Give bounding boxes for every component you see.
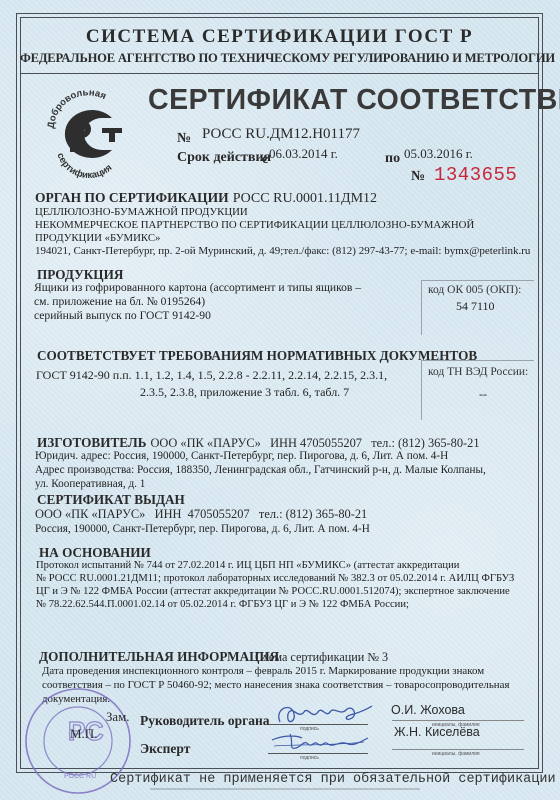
conformity-line: ГОСТ 9142-90 п.п. 1.1, 1.2, 1.4, 1.5, 2.… <box>36 368 387 383</box>
manufacturer-address-line: Юридич. адрес: Россия, 190000, Санкт-Пет… <box>35 450 448 462</box>
additional-info-line: Дата проведения инспекционного контроля … <box>42 665 484 677</box>
system-title: СИСТЕМА СЕРТИФИКАЦИИ ГОСТ Р <box>20 26 539 48</box>
certificate-title: СЕРТИФИКАТ СООТВЕТСТВИЯ <box>148 84 560 117</box>
certification-body-line: ПРОДУКЦИИ «БУМИКС» <box>35 232 160 244</box>
registration-number-label: № <box>177 131 191 147</box>
expert-name-line <box>392 749 524 750</box>
head-of-body-label: Руководитель органа <box>140 713 270 729</box>
manufacturer-details: ООО «ПК «ПАРУС» ИНН 4705055207 тел.: (81… <box>150 436 479 450</box>
product-line: см. приложение на бл. № 0195264) <box>34 295 205 308</box>
tnved-code-box: код ТН ВЭД России: -- <box>421 360 534 420</box>
handwritten-signatures-icon <box>268 700 378 760</box>
conformity-title: СООТВЕТСТВУЕТ ТРЕБОВАНИЯМ НОРМАТИВНЫХ ДО… <box>37 348 477 364</box>
registration-number: РОСС RU.ДМ12.Н01177 <box>202 126 360 143</box>
validity-label: Срок действия <box>177 150 271 166</box>
valid-from-date: 06.03.2014 г. <box>269 146 338 162</box>
basis-line: № 78.22.62.544.П.0001.02.14 от 05.02.201… <box>36 599 409 610</box>
agency-name: ФЕДЕРАЛЬНОЕ АГЕНТСТВО ПО ТЕХНИЧЕСКОМУ РЕ… <box>20 51 539 66</box>
tnved-code-label: код ТН ВЭД России: <box>428 366 528 378</box>
basis-line: № РОСС RU.0001.21ДМ11; протокол лаборато… <box>36 573 514 584</box>
certification-body-line: ЦЕЛЛЮЛОЗНО-БУМАЖНОЙ ПРОДУКЦИИ <box>35 206 248 218</box>
serial-number: 1343655 <box>434 164 517 186</box>
additional-info-title: ДОПОЛНИТЕЛЬНАЯ ИНФОРМАЦИЯ <box>39 649 279 665</box>
expert-name: Ж.Н. Киселёва <box>394 725 480 739</box>
basis-line: ЦГ и Э № 122 ФМБА России (аттестат аккре… <box>36 586 510 597</box>
product-line: Ящики из гофрированного картона (ассорти… <box>34 281 361 294</box>
issued-to-title: СЕРТИФИКАТ ВЫДАН <box>37 492 185 508</box>
valid-to-label: по <box>385 151 400 167</box>
svg-text:РОСС RU: РОСС RU <box>64 773 96 780</box>
manufacturer-address-line: ул. Кооперативная, д. 1 <box>35 478 145 490</box>
basis-title: НА ОСНОВАНИИ <box>39 545 151 561</box>
printer-imprint-microtext <box>150 788 420 790</box>
manufacturer-title: ИЗГОТОВИТЕЛЬ <box>37 435 146 450</box>
product-line: серийный выпуск по ГОСТ 9142-90 <box>34 309 211 322</box>
head-name: О.И. Жохова <box>391 703 465 717</box>
deputy-prefix: Зам. <box>106 710 129 725</box>
head-name-line <box>392 720 524 721</box>
certification-body-line: НЕКОММЕРЧЕСКОЕ ПАРТНЕРСТВО ПО СЕРТИФИКАЦ… <box>35 219 474 231</box>
okp-code-value: 54 7110 <box>456 299 495 314</box>
okp-code-label: код ОК 005 (ОКП): <box>428 284 521 296</box>
rst-logo-icon: Добровольная сертификация <box>40 86 135 181</box>
conformity-line: 2.3.5, 2.3.8, приложение 3 табл. 6, табл… <box>140 385 349 400</box>
okp-code-box: код ОК 005 (ОКП): 54 7110 <box>421 280 534 335</box>
manufacturer-address-line: Адрес производства: Россия, 188350, Лени… <box>35 464 486 476</box>
valid-from-prefix: с <box>262 152 268 168</box>
certification-body-heading: ОРГАН ПО СЕРТИФИКАЦИИ РОСС RU.0001.11ДМ1… <box>35 189 377 207</box>
issued-to-line: ООО «ПК «ПАРУС» ИНН 4705055207 тел.: (81… <box>35 507 367 522</box>
basis-line: Протокол испытаний № 744 от 27.02.2014 г… <box>36 560 459 571</box>
certification-body-title: ОРГАН ПО СЕРТИФИКАЦИИ <box>35 190 229 205</box>
serial-number-label: № <box>411 169 425 185</box>
expert-name-caption: инициалы, фамилия <box>432 751 480 757</box>
valid-to-date: 05.03.2016 г. <box>404 146 473 162</box>
certification-body-address: 194021, Санкт-Петербург, пр. 2-ой Муринс… <box>35 245 530 257</box>
certification-body-code: РОСС RU.0001.11ДМ12 <box>233 191 377 206</box>
stamp-label: М.П. <box>70 726 97 742</box>
issued-to-line: Россия, 190000, Санкт-Петербург, пер. Пи… <box>35 523 370 535</box>
tnved-code-value: -- <box>479 387 487 402</box>
expert-label: Эксперт <box>140 741 190 757</box>
certification-scheme: Схема сертификации № 3 <box>255 650 388 665</box>
header-divider <box>20 73 539 74</box>
footer-note: Сертификат не применяется при обязательн… <box>110 772 556 787</box>
